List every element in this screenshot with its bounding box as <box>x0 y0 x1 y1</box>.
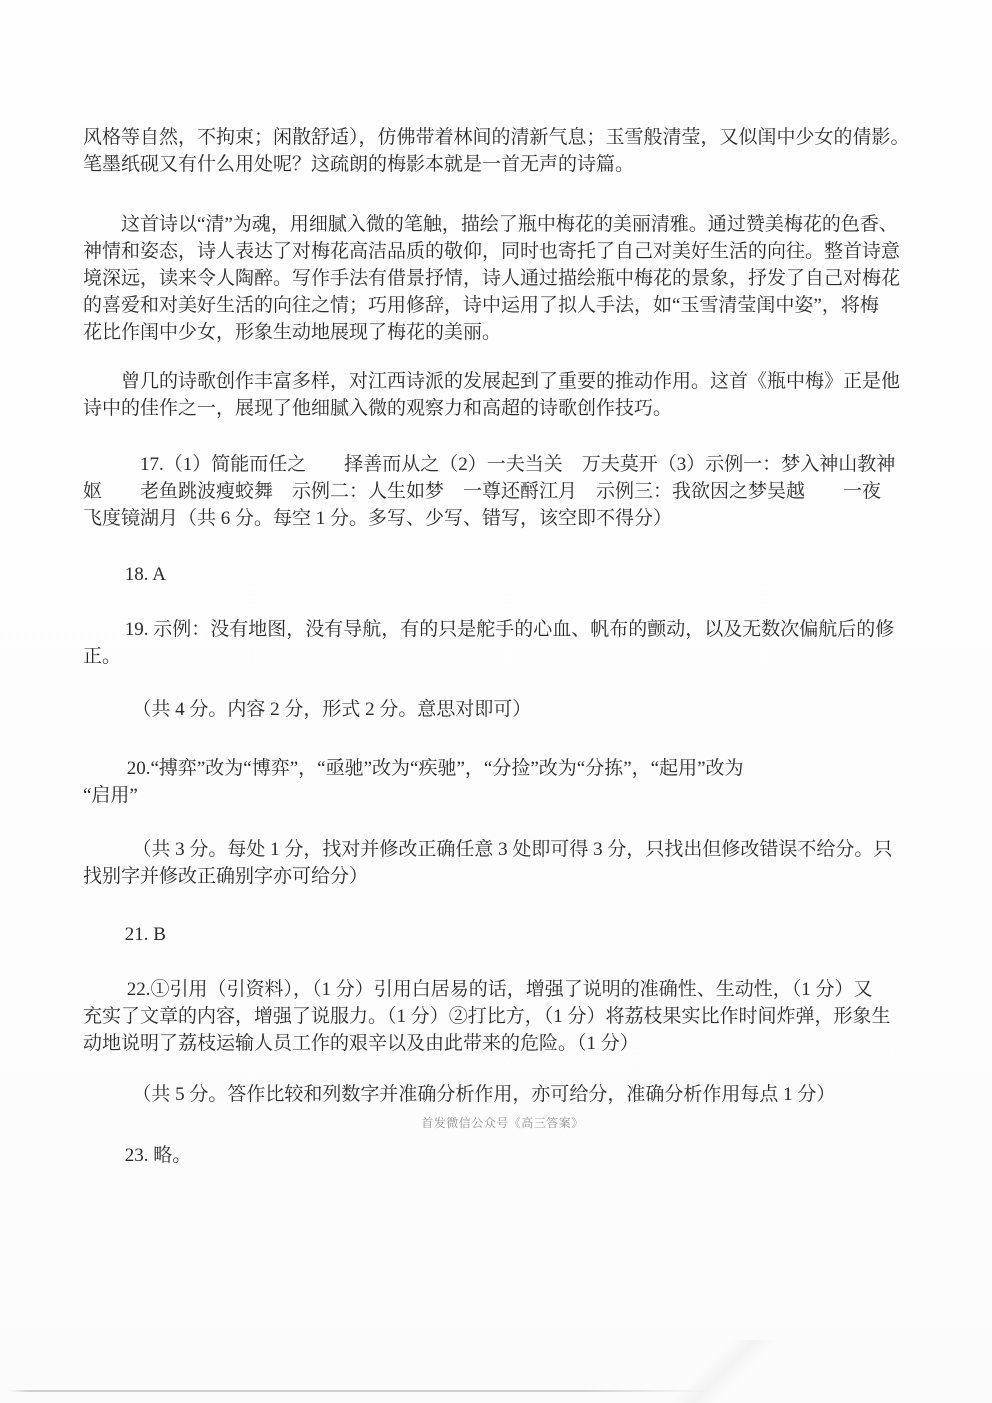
answer-20: 20.“搏弈”改为“博弈”，“亟驰”改为“疾驰”，“分捡”改为“分拣”，“起用”… <box>83 755 922 809</box>
answer-22-scoring-note: （共 5 分。答作比较和列数字并准确分析作用，亦可给分，准确分析作用每点 1 分… <box>83 1081 922 1108</box>
answer-22: 22.①引用（引资料），（1 分）引用白居易的话，增强了说明的准确性、生动性，（… <box>83 976 922 1057</box>
paragraph-poet-summary: 曾几的诗歌创作丰富多样，对江西诗派的发展起到了重要的推动作用。这首《瓶中梅》正是… <box>83 368 922 422</box>
scanned-answer-sheet-page: 风格等自然，不拘束；闲散舒适），仿佛带着林间的清新气息；玉雪般清莹，又似闺中少女… <box>0 0 992 1403</box>
answer-sheet-content: 风格等自然，不拘束；闲散舒适），仿佛带着林间的清新气息；玉雪般清莹，又似闺中少女… <box>83 124 922 1169</box>
answer-17: 17.（1）简能而任之 择善而从之（2）一夫当关 万夫莫开（3）示例一：梦入神山… <box>83 451 922 532</box>
answer-20-scoring-note: （共 3 分。每处 1 分，找对并修改正确任意 3 处即可得 3 分，只找出但修… <box>83 836 922 890</box>
page-fold-artifact <box>655 1340 785 1403</box>
answer-19: 19. 示例：没有地图，没有导航，有的只是舵手的心血、帆布的颤动，以及无数次偏航… <box>83 616 922 670</box>
answer-18: 18. A <box>83 561 922 588</box>
answer-23: 23. 略。 <box>83 1142 922 1169</box>
watermark-text: 首发微信公众号《高三答案》 <box>83 1114 922 1132</box>
answer-19-scoring-note: （共 4 分。内容 2 分，形式 2 分。意思对即可） <box>83 696 922 723</box>
answer-21: 21. B <box>83 921 922 948</box>
paragraph-continuation: 风格等自然，不拘束；闲散舒适），仿佛带着林间的清新气息；玉雪般清莹，又似闺中少女… <box>83 124 922 178</box>
paragraph-poem-analysis: 这首诗以“清”为魂，用细腻入微的笔触，描绘了瓶中梅花的美丽清雅。通过赞美梅花的色… <box>83 211 922 346</box>
page-bottom-edge-shadow <box>8 1390 708 1392</box>
